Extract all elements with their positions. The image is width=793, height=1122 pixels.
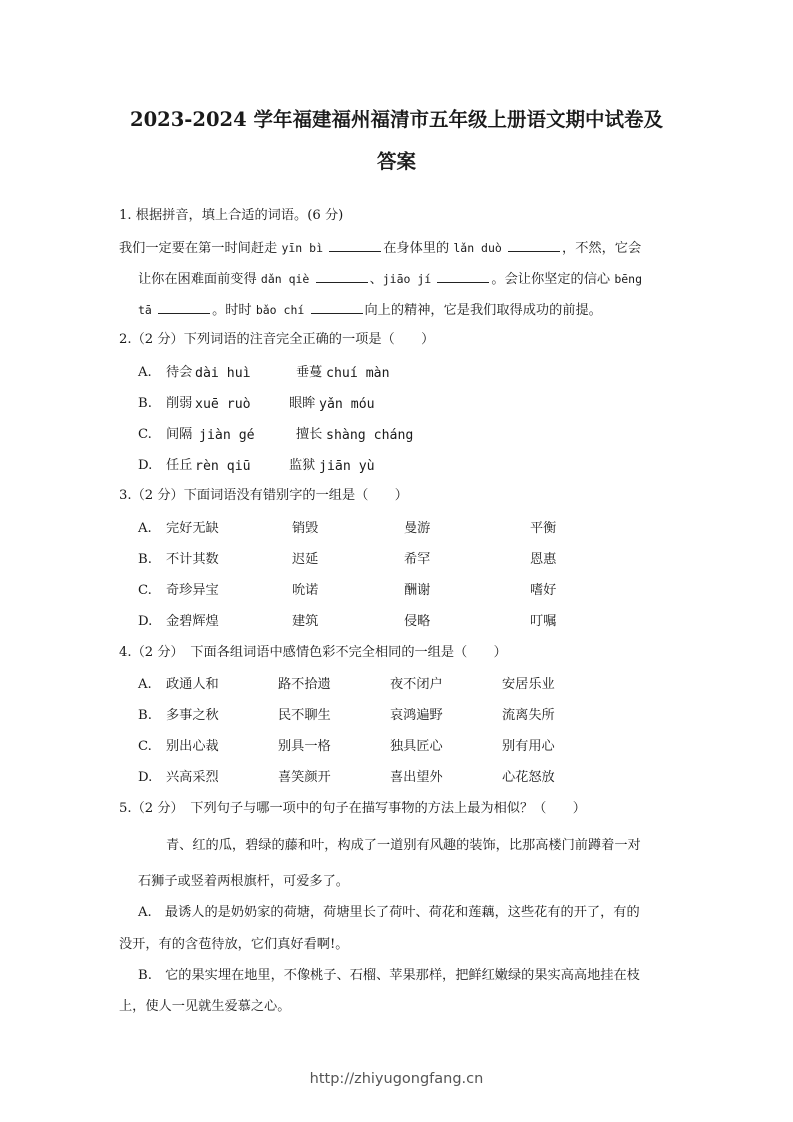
option-label: A. bbox=[138, 365, 152, 381]
q1-text: ，不然，它会 bbox=[562, 241, 641, 256]
answer-blank-2[interactable] bbox=[508, 239, 560, 252]
pinyin: dǎn qiè bbox=[261, 272, 309, 286]
q5-option-a-line1[interactable]: A. 最诱人的是奶奶家的荷塘，荷塘里长了荷叶、荷花和莲藕，这些花有的开了，有的 bbox=[138, 905, 640, 921]
option-word: 民不聊生 bbox=[278, 708, 331, 724]
option-word: 别出心裁 bbox=[166, 739, 219, 755]
option-label: C. bbox=[138, 583, 152, 599]
pinyin: bǎo chí bbox=[256, 303, 304, 317]
option-label: B. bbox=[138, 396, 152, 412]
q1-text: 让你在困难面前变得 bbox=[138, 272, 257, 287]
q5-passage-line1: 青、红的瓜，碧绿的藤和叶，构成了一道别有风趣的装饰，比那高楼门前蹲着一对 bbox=[166, 838, 641, 854]
option-word: 建筑 bbox=[292, 614, 318, 630]
option-word: 兴高采烈 bbox=[166, 770, 219, 786]
option-word: 不计其数 bbox=[166, 552, 219, 568]
option-word: 喜笑颜开 bbox=[278, 770, 331, 786]
option-word: 夜不闭户 bbox=[390, 677, 443, 693]
option-word: 流离失所 bbox=[502, 708, 555, 724]
q3-header: 3.（2 分）下面词语没有错别字的一组是（ ） bbox=[119, 488, 408, 504]
option-word: 平衡 bbox=[530, 521, 556, 537]
option-word: 曼游 bbox=[404, 521, 430, 537]
option-word: 路不拾遗 bbox=[278, 677, 331, 693]
pinyin: bēng bbox=[614, 272, 642, 286]
answer-blank-6[interactable] bbox=[311, 301, 363, 314]
option-label: A. bbox=[138, 677, 152, 693]
option-word: 眼眸 bbox=[289, 396, 315, 412]
pinyin: rèn qiū bbox=[195, 459, 251, 475]
pinyin: dài huì bbox=[195, 366, 251, 382]
option-word: 心花怒放 bbox=[502, 770, 555, 786]
option-word: 金碧辉煌 bbox=[166, 614, 219, 630]
answer-blank-4[interactable] bbox=[437, 270, 489, 283]
option-word: 侵略 bbox=[404, 614, 430, 630]
option-word: 任丘 bbox=[166, 458, 192, 474]
option-word: 擅长 bbox=[296, 427, 322, 443]
option-word: 哀鸿遍野 bbox=[390, 708, 443, 724]
option-label: B. bbox=[138, 708, 152, 724]
option-word: 酬谢 bbox=[404, 583, 430, 599]
q1-text: 在身体里的 bbox=[383, 241, 449, 256]
q1-text: 向上的精神，它是我们取得成功的前提。 bbox=[365, 303, 602, 318]
pinyin: yīn bì bbox=[281, 241, 323, 255]
option-word: 迟延 bbox=[292, 552, 318, 568]
option-word: 监狱 bbox=[289, 458, 315, 474]
q1-line1: 我们一定要在第一时间赶走 yīn bì 在身体里的 lǎn duò ，不然，它会 bbox=[119, 239, 641, 257]
pinyin: xuē ruò bbox=[195, 397, 251, 413]
option-word: 垂蔓 bbox=[296, 365, 322, 381]
option-word: 别有用心 bbox=[502, 739, 555, 755]
pinyin: jiān yù bbox=[319, 459, 375, 475]
answer-blank-3[interactable] bbox=[316, 270, 368, 283]
q5-header: 5.（2 分） 下列句子与哪一项中的句子在描写事物的方法上最为相似？（ ） bbox=[119, 801, 586, 817]
option-word: 政通人和 bbox=[166, 677, 219, 693]
option-word: 恩惠 bbox=[530, 552, 556, 568]
option-word: 待会 bbox=[166, 365, 192, 381]
q5-passage-line2: 石狮子或竖着两根旗杆，可爱多了。 bbox=[138, 874, 349, 890]
option-word: 削弱 bbox=[166, 396, 192, 412]
option-word: 间隔 bbox=[166, 427, 192, 443]
exam-page: 2023-2024 学年福建福州福清市五年级上册语文期中试卷及 答案 1. 根据… bbox=[0, 0, 793, 1122]
pinyin: lǎn duò bbox=[453, 241, 501, 255]
q1-text: 。时时 bbox=[212, 303, 252, 318]
q1-header: 1. 根据拼音，填上合适的词语。(6 分) bbox=[119, 208, 343, 224]
q2-header: 2.（2 分）下列词语的注音完全正确的一项是（ ） bbox=[119, 332, 434, 348]
document-title-line2: 答案 bbox=[80, 146, 713, 174]
q5-option-a-line2[interactable]: 没开，有的含苞待放，它们真好看啊!。 bbox=[119, 937, 349, 953]
option-label: A. bbox=[138, 521, 152, 537]
pinyin: tā bbox=[138, 303, 152, 317]
pinyin: jiàn gé bbox=[199, 428, 255, 444]
pinyin: yǎn móu bbox=[319, 397, 375, 413]
q1-text: 。会让你坚定的信心 bbox=[491, 272, 610, 287]
footer-url[interactable]: http://zhiyugongfang.cn bbox=[0, 1071, 793, 1087]
option-word: 多事之秋 bbox=[166, 708, 219, 724]
option-word: 叮嘱 bbox=[530, 614, 556, 630]
option-word: 嗜好 bbox=[530, 583, 556, 599]
option-word: 奇珍异宝 bbox=[166, 583, 219, 599]
document-title-line1: 2023-2024 学年福建福州福清市五年级上册语文期中试卷及 bbox=[80, 104, 713, 132]
q5-option-b-line2[interactable]: 上，使人一见就生爱慕之心。 bbox=[119, 999, 290, 1015]
option-label: D. bbox=[138, 614, 152, 630]
pinyin: chuí màn bbox=[326, 366, 390, 382]
answer-blank-1[interactable] bbox=[329, 239, 381, 252]
option-word: 销毁 bbox=[292, 521, 318, 537]
pinyin: shàng cháng bbox=[326, 428, 413, 444]
option-word: 完好无缺 bbox=[166, 521, 219, 537]
option-label: D. bbox=[138, 770, 152, 786]
option-word: 喜出望外 bbox=[390, 770, 443, 786]
q1-text: 我们一定要在第一时间赶走 bbox=[119, 241, 277, 256]
option-word: 独具匠心 bbox=[390, 739, 443, 755]
option-label: C. bbox=[138, 427, 152, 443]
q1-line2: 让你在困难面前变得 dǎn qiè 、jiāo jí 。会让你坚定的信心 bēn… bbox=[138, 270, 642, 288]
q1-text: 、 bbox=[370, 272, 383, 287]
option-label: D. bbox=[138, 458, 152, 474]
option-label: B. bbox=[138, 552, 152, 568]
q1-line3: tā 。时时 bǎo chí 向上的精神，它是我们取得成功的前提。 bbox=[138, 301, 602, 319]
option-word: 别具一格 bbox=[278, 739, 331, 755]
option-word: 希罕 bbox=[404, 552, 430, 568]
option-word: 安居乐业 bbox=[502, 677, 555, 693]
q5-option-b-line1[interactable]: B. 它的果实埋在地里，不像桃子、石榴、苹果那样，把鲜红嫩绿的果实高高地挂在枝 bbox=[138, 968, 640, 984]
q4-header: 4.（2 分） 下面各组词语中感情色彩不完全相同的一组是（ ） bbox=[119, 645, 507, 661]
answer-blank-5[interactable] bbox=[158, 301, 210, 314]
option-label: C. bbox=[138, 739, 152, 755]
option-word: 吮诺 bbox=[292, 583, 318, 599]
pinyin: jiāo jí bbox=[383, 272, 431, 286]
